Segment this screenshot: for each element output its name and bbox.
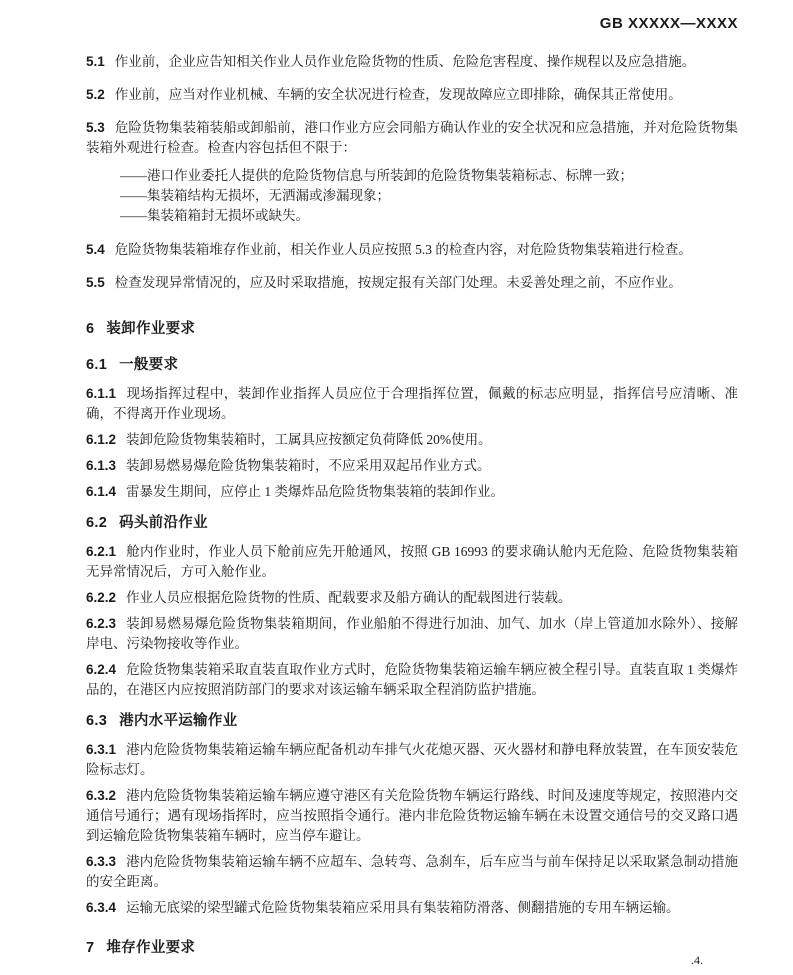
clause-5-4: 5.4危险货物集装箱堆存作业前，相关作业人员应按照 5.3 的检查内容，对危险货… <box>86 240 738 260</box>
clause-6-3-4: 6.3.4运输无底梁的梁型罐式危险货物集装箱应采用具有集装箱防滑落、侧翻措施的专… <box>86 898 738 918</box>
clause-text: 装卸危险货物集装箱时，工属具应按额定负荷降低 20%使用。 <box>126 432 492 447</box>
clause-5-3: 5.3危险货物集装箱装船或卸船前，港口作业方应会同船方确认作业的安全状况和应急措… <box>86 118 738 158</box>
clause-number: 6.3.3 <box>86 854 126 869</box>
checklist-item: ——港口作业委托人提供的危险货物信息与所装卸的危险货物集装箱标志、标牌一致； <box>120 166 738 186</box>
clause-6-3-1: 6.3.1港内危险货物集装箱运输车辆应配备机动车排气火花熄灭器、灭火器材和静电释… <box>86 740 738 780</box>
clause-number: 6.2.1 <box>86 544 126 559</box>
clause-number: 5.2 <box>86 87 115 102</box>
heading-number: 6 <box>86 321 106 337</box>
clause-6-2-3: 6.2.3装卸易燃易爆危险货物集装箱期间，作业船舶不得进行加油、加气、加水（岸上… <box>86 614 738 654</box>
clause-text: 检查发现异常情况的，应及时采取措施，按规定报有关部门处理。未妥善处理之前，不应作… <box>115 275 682 290</box>
clause-number: 6.2.3 <box>86 616 126 631</box>
clause-number: 6.2.4 <box>86 662 126 677</box>
clause-text: 作业前，企业应告知相关作业人员作业危险货物的性质、危险危害程度、操作规程以及应急… <box>115 54 696 69</box>
heading-number: 7 <box>86 940 106 956</box>
heading-title: 一般要求 <box>119 357 178 373</box>
clause-text: 雷暴发生期间，应停止 1 类爆炸品危险货物集装箱的装卸作业。 <box>126 484 504 499</box>
clause-text: 港内危险货物集装箱运输车辆应配备机动车排气火花熄灭器、灭火器材和静电释放装置，在… <box>86 742 738 777</box>
clause-number: 6.3.1 <box>86 742 126 757</box>
heading-number: 6.2 <box>86 515 119 531</box>
section-heading-6: 6装卸作业要求 <box>86 319 738 339</box>
clause-text: 运输无底梁的梁型罐式危险货物集装箱应采用具有集装箱防滑落、侧翻措施的专用车辆运输… <box>126 900 680 915</box>
clause-6-3-3: 6.3.3港内危险货物集装箱运输车辆不应超车、急转弯、急刹车，后车应当与前车保持… <box>86 852 738 892</box>
clause-number: 6.3.2 <box>86 788 126 803</box>
section-heading-7: 7堆存作业要求 <box>86 938 738 958</box>
clause-5-1: 5.1作业前，企业应告知相关作业人员作业危险货物的性质、危险危害程度、操作规程以… <box>86 52 738 72</box>
clause-number: 5.4 <box>86 242 115 257</box>
subsection-heading-6-1: 6.1一般要求 <box>86 355 738 375</box>
clause-number: 5.3 <box>86 120 115 135</box>
heading-title: 装卸作业要求 <box>106 321 195 337</box>
clause-text: 作业人员应根据危险货物的性质、配载要求及船方确认的配载图进行装载。 <box>126 590 572 605</box>
clause-6-1-1: 6.1.1现场指挥过程中，装卸作业指挥人员应位于合理指挥位置，佩戴的标志应明显，… <box>86 384 738 424</box>
clause-number: 6.1.2 <box>86 432 126 447</box>
heading-title: 码头前沿作业 <box>119 515 208 531</box>
clause-5-5: 5.5检查发现异常情况的，应及时采取措施，按规定报有关部门处理。未妥善处理之前，… <box>86 273 738 293</box>
heading-title: 港内水平运输作业 <box>119 713 237 729</box>
clause-number: 6.1.4 <box>86 484 126 499</box>
heading-number: 6.3 <box>86 713 119 729</box>
checklist-item: ——集装箱结构无损坏，无洒漏或渗漏现象； <box>120 186 738 206</box>
heading-title: 堆存作业要求 <box>106 940 195 956</box>
subsection-heading-6-2: 6.2码头前沿作业 <box>86 513 738 533</box>
document-page: GB XXXXX—XXXX 5.1作业前，企业应告知相关作业人员作业危险货物的性… <box>0 0 793 975</box>
clause-6-2-1: 6.2.1舱内作业时，作业人员下舱前应先开舱通风，按照 GB 16993 的要求… <box>86 542 738 582</box>
clause-text: 危险货物集装箱装船或卸船前，港口作业方应会同船方确认作业的安全状况和应急措施，并… <box>86 120 738 155</box>
clause-text: 作业前，应当对作业机械、车辆的安全状况进行检查，发现故障应立即排除，确保其正常使… <box>115 87 682 102</box>
clause-text: 舱内作业时，作业人员下舱前应先开舱通风，按照 GB 16993 的要求确认舱内无… <box>86 544 738 579</box>
clause-text: 危险货物集装箱堆存作业前，相关作业人员应按照 5.3 的检查内容，对危险货物集装… <box>115 242 692 257</box>
clause-5-2: 5.2作业前，应当对作业机械、车辆的安全状况进行检查，发现故障应立即排除，确保其… <box>86 85 738 105</box>
clause-6-2-2: 6.2.2作业人员应根据危险货物的性质、配载要求及船方确认的配载图进行装载。 <box>86 588 738 608</box>
checklist-item: ——集装箱箱封无损坏或缺失。 <box>120 206 738 226</box>
heading-number: 6.1 <box>86 357 119 373</box>
clause-number: 6.1.3 <box>86 458 126 473</box>
clause-number: 5.1 <box>86 54 115 69</box>
clause-text: 装卸易燃易爆危险货物集装箱时，不应采用双起吊作业方式。 <box>126 458 491 473</box>
standard-code-header: GB XXXXX—XXXX <box>86 14 738 34</box>
clause-number: 6.3.4 <box>86 900 126 915</box>
clause-number: 5.5 <box>86 275 115 290</box>
clause-6-2-4: 6.2.4危险货物集装箱采取直装直取作业方式时，危险货物集装箱运输车辆应被全程引… <box>86 660 738 700</box>
clause-6-1-4: 6.1.4雷暴发生期间，应停止 1 类爆炸品危险货物集装箱的装卸作业。 <box>86 482 738 502</box>
clause-text: 危险货物集装箱采取直装直取作业方式时，危险货物集装箱运输车辆应被全程引导。直装直… <box>86 662 738 697</box>
clause-text: 装卸易燃易爆危险货物集装箱期间，作业船舶不得进行加油、加气、加水（岸上管道加水除… <box>86 616 738 651</box>
inspection-checklist: ——港口作业委托人提供的危险货物信息与所装卸的危险货物集装箱标志、标牌一致； —… <box>86 166 738 226</box>
clause-text: 港内危险货物集装箱运输车辆应遵守港区有关危险货物车辆运行路线、时间及速度等规定，… <box>86 788 738 843</box>
clause-text: 现场指挥过程中，装卸作业指挥人员应位于合理指挥位置，佩戴的标志应明显，指挥信号应… <box>86 386 738 421</box>
clause-text: 港内危险货物集装箱运输车辆不应超车、急转弯、急刹车，后车应当与前车保持足以采取紧… <box>86 854 738 889</box>
clause-number: 6.1.1 <box>86 386 126 401</box>
clause-6-1-2: 6.1.2装卸危险货物集装箱时，工属具应按额定负荷降低 20%使用。 <box>86 430 738 450</box>
page-number: .4. <box>691 953 703 967</box>
subsection-heading-6-3: 6.3港内水平运输作业 <box>86 711 738 731</box>
clause-6-1-3: 6.1.3装卸易燃易爆危险货物集装箱时，不应采用双起吊作业方式。 <box>86 456 738 476</box>
clause-6-3-2: 6.3.2港内危险货物集装箱运输车辆应遵守港区有关危险货物车辆运行路线、时间及速… <box>86 786 738 846</box>
clause-number: 6.2.2 <box>86 590 126 605</box>
